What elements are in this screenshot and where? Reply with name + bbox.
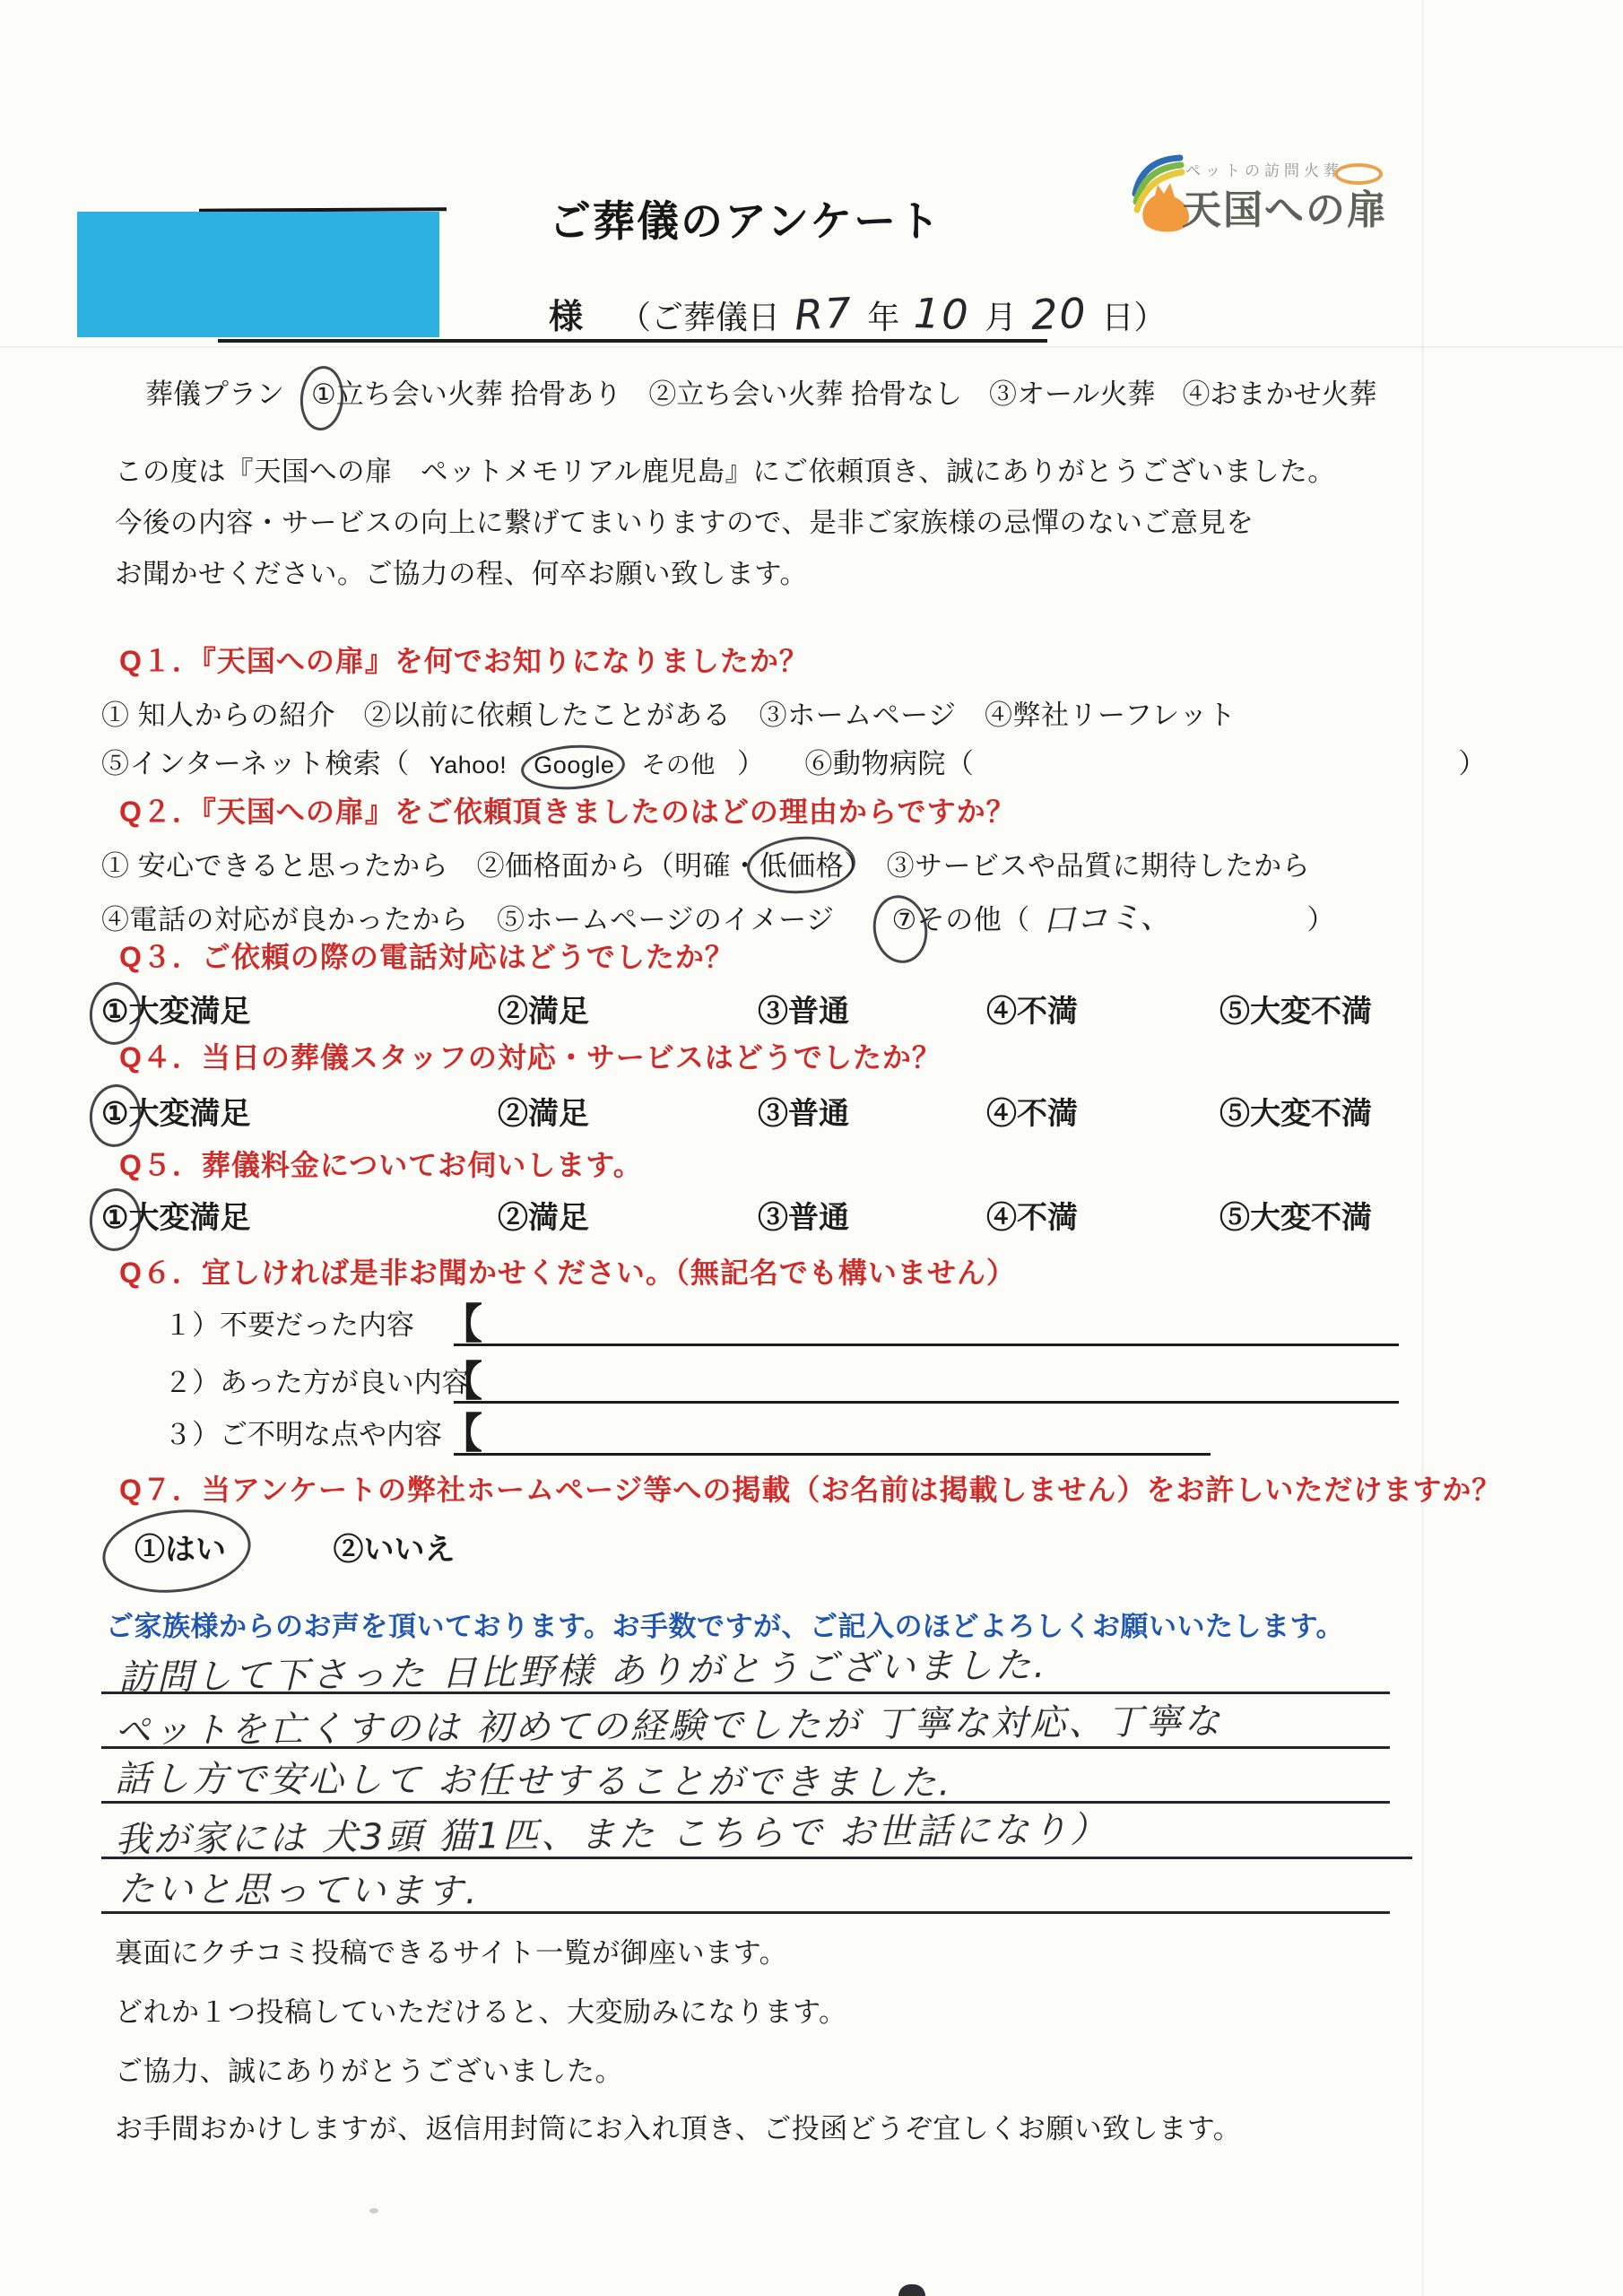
q2-options-line2: ④電話の対応が良かったから ⑤ホームページのイメージ ⑦ その他（ 口コミ、 ） — [101, 893, 1335, 939]
funeral-date-month-handwritten: 10 — [913, 289, 970, 339]
q2-option-7-circled: ⑦ — [891, 904, 916, 936]
intro-line-1: この度は『天国への扉 ペットメモリアル鹿児島』にご依頼頂き、誠にありがとうござい… — [115, 447, 1424, 498]
funeral-date-day-suffix: 日） — [1101, 292, 1166, 338]
q4-option-4: ④不満 — [986, 1089, 1078, 1133]
bottom-edge-mark — [898, 2284, 925, 2296]
q5-option-1-num: ① — [101, 1201, 128, 1235]
name-line-underline — [218, 339, 1047, 343]
q2-options-line1: ① 安心できると思ったから ②価格面から（明確・ 低価格 ） ③サービスや品質に… — [101, 843, 1310, 883]
q3-option-4: ④不満 — [986, 987, 1078, 1031]
q3-options-row: ①大変満足 ②満足 ③普通 ④不満 ⑤大変不満 — [101, 987, 1500, 1035]
footer-line-4: お手間おかけしますが、返信用封筒にお入れ頂き、ご投函どうぞ宜しくお願い致します。 — [115, 2106, 1241, 2146]
comment-rule-5 — [101, 1911, 1390, 1914]
q7-yes-num: ① — [135, 1533, 165, 1567]
q3-option-1: ①大変満足 — [101, 987, 250, 1031]
q7-title: Q７．当アンケートの弊社ホームページ等への掲載（お名前は掲載しません）をお許しい… — [119, 1467, 1501, 1509]
plan-row: 葬儀プラン ①立ち会い火葬 拾骨あり ②立ち会い火葬 拾骨なし ③オール火葬 ④… — [145, 371, 1376, 412]
funeral-date-prefix: （ご葬儀日 — [619, 292, 780, 338]
comment-rule-3 — [101, 1801, 1390, 1804]
honorific-label: 様 — [549, 289, 583, 338]
q6-row2-label: ２）あった方が良い内容 — [164, 1360, 470, 1400]
q1-google-label: Google — [534, 752, 614, 778]
plan-option-1-num: ① — [311, 378, 336, 410]
q6-row3-writein-line — [454, 1453, 1211, 1456]
q4-option-3: ③普通 — [758, 1089, 849, 1133]
funeral-date-year-handwritten: R7 — [794, 288, 855, 339]
q5-selected-circle-mark: ① — [101, 1200, 128, 1236]
scan-speck — [369, 2208, 378, 2213]
q1-title: Q１．『天国への扉』を何でお知りになりましたか？ — [119, 639, 809, 680]
q5-option-4: ④不満 — [986, 1193, 1078, 1237]
q3-option-3: ③普通 — [758, 987, 849, 1031]
name-redaction-sticker — [77, 212, 439, 337]
q7-no-label: ②いいえ — [333, 1533, 455, 1567]
q1-option-5-label: ⑤インターネット検索（ — [101, 741, 410, 781]
q2-lowprice-circled: 低価格 — [759, 843, 845, 883]
q3-option-2: ②満足 — [498, 987, 589, 1031]
footer-line-3: ご協力、誠にありがとうございました。 — [115, 2048, 623, 2089]
q4-option-2: ②満足 — [498, 1089, 589, 1133]
q5-option-3: ③普通 — [758, 1193, 849, 1237]
q5-option-1-label: 大変満足 — [128, 1201, 250, 1235]
q1-yahoo-label: Yahoo! — [430, 752, 508, 779]
q2-line1-prefix: ① 安心できると思ったから ②価格面から（明確・ — [101, 843, 759, 883]
q1-paren-close: ） — [737, 741, 766, 781]
q6-title: Q６．宜しければ是非お聞かせください。（無記名でも構いません） — [119, 1250, 1016, 1291]
comment-request-line: ご家族様からのお声を頂いております。お手数ですが、ご記入のほどよろしくお願いいた… — [106, 1604, 1344, 1644]
q2-line1-suffix: ） ③サービスや品質に期待したから — [844, 843, 1310, 883]
q6-row2-writein-line — [454, 1401, 1399, 1404]
q4-selected-circle-mark: ① — [101, 1096, 128, 1132]
crease-horizontal — [0, 346, 1623, 348]
footer-line-1: 裏面にクチコミ投稿できるサイト一覧が御座います。 — [115, 1930, 787, 1970]
plan-label: 葬儀プラン — [145, 371, 284, 412]
q7-title-suffix: をお許しいただけますか？ — [1146, 1474, 1501, 1506]
funeral-date-day-handwritten: 20 — [1030, 289, 1088, 339]
plan-option-1: ①立ち会い火葬 拾骨あり — [311, 371, 621, 412]
q1-option-6-label: ⑥動物病院（ — [804, 741, 974, 781]
q1-options-line2: ⑤インターネット検索（ Yahoo! Google その他 ） ⑥動物病院（ ） — [101, 741, 1487, 781]
plan-option-4: ④おまかせ火葬 — [1182, 371, 1376, 412]
q2-other-handwritten: 口コミ、 — [1042, 891, 1173, 941]
q4-options-row: ①大変満足 ②満足 ③普通 ④不満 ⑤大変不満 — [101, 1089, 1500, 1137]
comment-rule-4 — [101, 1857, 1412, 1859]
q6-row1-label: １）不要だった内容 — [164, 1302, 414, 1343]
q4-option-5: ⑤大変不満 — [1219, 1089, 1372, 1133]
q4-title: Q４．当日の葬儀スタッフの対応・サービスはどうでしたか？ — [119, 1035, 942, 1076]
q7-title-prefix: Q７．当アンケートの弊社ホームページ等への掲載 — [119, 1474, 791, 1506]
q7-yes-label: はい — [165, 1533, 226, 1567]
q4-option-1: ①大変満足 — [101, 1089, 250, 1133]
comment-handwritten-line3: 話し方で安心して お任せすることができました. — [115, 1751, 953, 1806]
plan-option-1-circle-mark: ① — [311, 378, 336, 411]
comment-handwritten-line5: たいと思っています. — [118, 1861, 480, 1915]
q2-sonota-close: ） — [1306, 897, 1335, 937]
q3-option-1-num: ① — [101, 995, 128, 1029]
footer-line-2: どれか１つ投稿していただけると、大変励みになります。 — [115, 1989, 847, 2030]
q1-sonota-label: その他 — [641, 745, 716, 780]
q7-title-bold: （お名前は掲載しません） — [791, 1474, 1146, 1506]
q2-option-7-num: ⑦ — [891, 904, 916, 935]
q2-line2-prefix: ④電話の対応が良かったから ⑤ホームページのイメージ — [101, 897, 834, 937]
q2-sonota-label: その他（ — [917, 897, 1030, 937]
comment-handwritten-line4: 我が家には 犬3頭 猫1匹、また こちらで お世話になり） — [115, 1801, 1109, 1863]
fold-line-vertical — [1421, 0, 1424, 2296]
plan-option-3: ③オール火葬 — [989, 371, 1155, 412]
funeral-date-month-suffix: 月 — [985, 292, 1017, 338]
q1-option-6-close: ） — [1458, 741, 1487, 781]
plan-option-2: ②立ち会い火葬 拾骨なし — [648, 371, 962, 412]
q1-options-line1: ① 知人からの紹介 ②以前に依頼したことがある ③ホームページ ④弊社リーフレッ… — [101, 692, 1236, 733]
q3-title: Q３．ご依頼の際の電話対応はどうでしたか？ — [119, 935, 734, 976]
q2-lowprice-label: 低価格 — [759, 850, 845, 882]
survey-scan-page: ご葬儀のアンケート ペットの訪問火葬 天国への扉 様 （ご葬儀日 R7 年 10… — [0, 0, 1623, 2296]
comment-handwritten-line2: ペットを亡くすのは 初めての経験でしたが 丁寧な対応、丁寧な — [115, 1693, 1223, 1754]
plan-option-1-label: 立ち会い火葬 拾骨あり — [336, 378, 622, 410]
page-title: ご葬儀のアンケート — [549, 188, 942, 248]
q5-option-2: ②満足 — [498, 1193, 589, 1237]
q5-option-1: ①大変満足 — [101, 1193, 250, 1237]
q1-google-circled: Google — [534, 752, 614, 779]
intro-line-2: 今後の内容・サービスの向上に繋げてまいりますので、是非ご家族様の忌憚のないご意見… — [115, 498, 1424, 549]
q4-option-1-label: 大変満足 — [128, 1097, 250, 1131]
logo-brand: 天国への扉 — [1182, 178, 1388, 235]
funeral-date-year-suffix: 年 — [867, 292, 899, 338]
q6-row3-label: ３）ご不明な点や内容 — [164, 1412, 442, 1452]
q3-selected-circle-mark: ① — [101, 994, 128, 1030]
q6-row1-writein-line — [454, 1344, 1399, 1346]
q6-row1-bracket: 【 — [441, 1291, 482, 1351]
q3-option-1-label: 大変満足 — [128, 995, 250, 1029]
intro-line-3: お聞かせください。ご協力の程、何卒お願い致します。 — [115, 549, 1424, 600]
q6-row3-bracket: 【 — [441, 1401, 482, 1460]
q2-title: Q２．『天国への扉』をご依頼頂きましたのはどの理由からですか？ — [119, 789, 1016, 831]
q3-option-5: ⑤大変不満 — [1219, 987, 1372, 1031]
intro-paragraph: この度は『天国への扉 ペットメモリアル鹿児島』にご依頼頂き、誠にありがとうござい… — [115, 447, 1424, 600]
q4-option-1-num: ① — [101, 1097, 128, 1131]
logo-halo-icon — [1334, 163, 1383, 185]
q7-options-row: ①はい ②いいえ — [135, 1525, 455, 1569]
q5-option-5: ⑤大変不満 — [1219, 1193, 1372, 1237]
q6-row2-bracket: 【 — [441, 1349, 482, 1408]
q5-options-row: ①大変満足 ②満足 ③普通 ④不満 ⑤大変不満 — [101, 1193, 1500, 1241]
q5-title: Q５．葬儀料金についてお伺いします。 — [119, 1143, 643, 1184]
q7-yes-circled: ①はい — [135, 1525, 226, 1569]
comment-rule-2 — [101, 1746, 1390, 1749]
